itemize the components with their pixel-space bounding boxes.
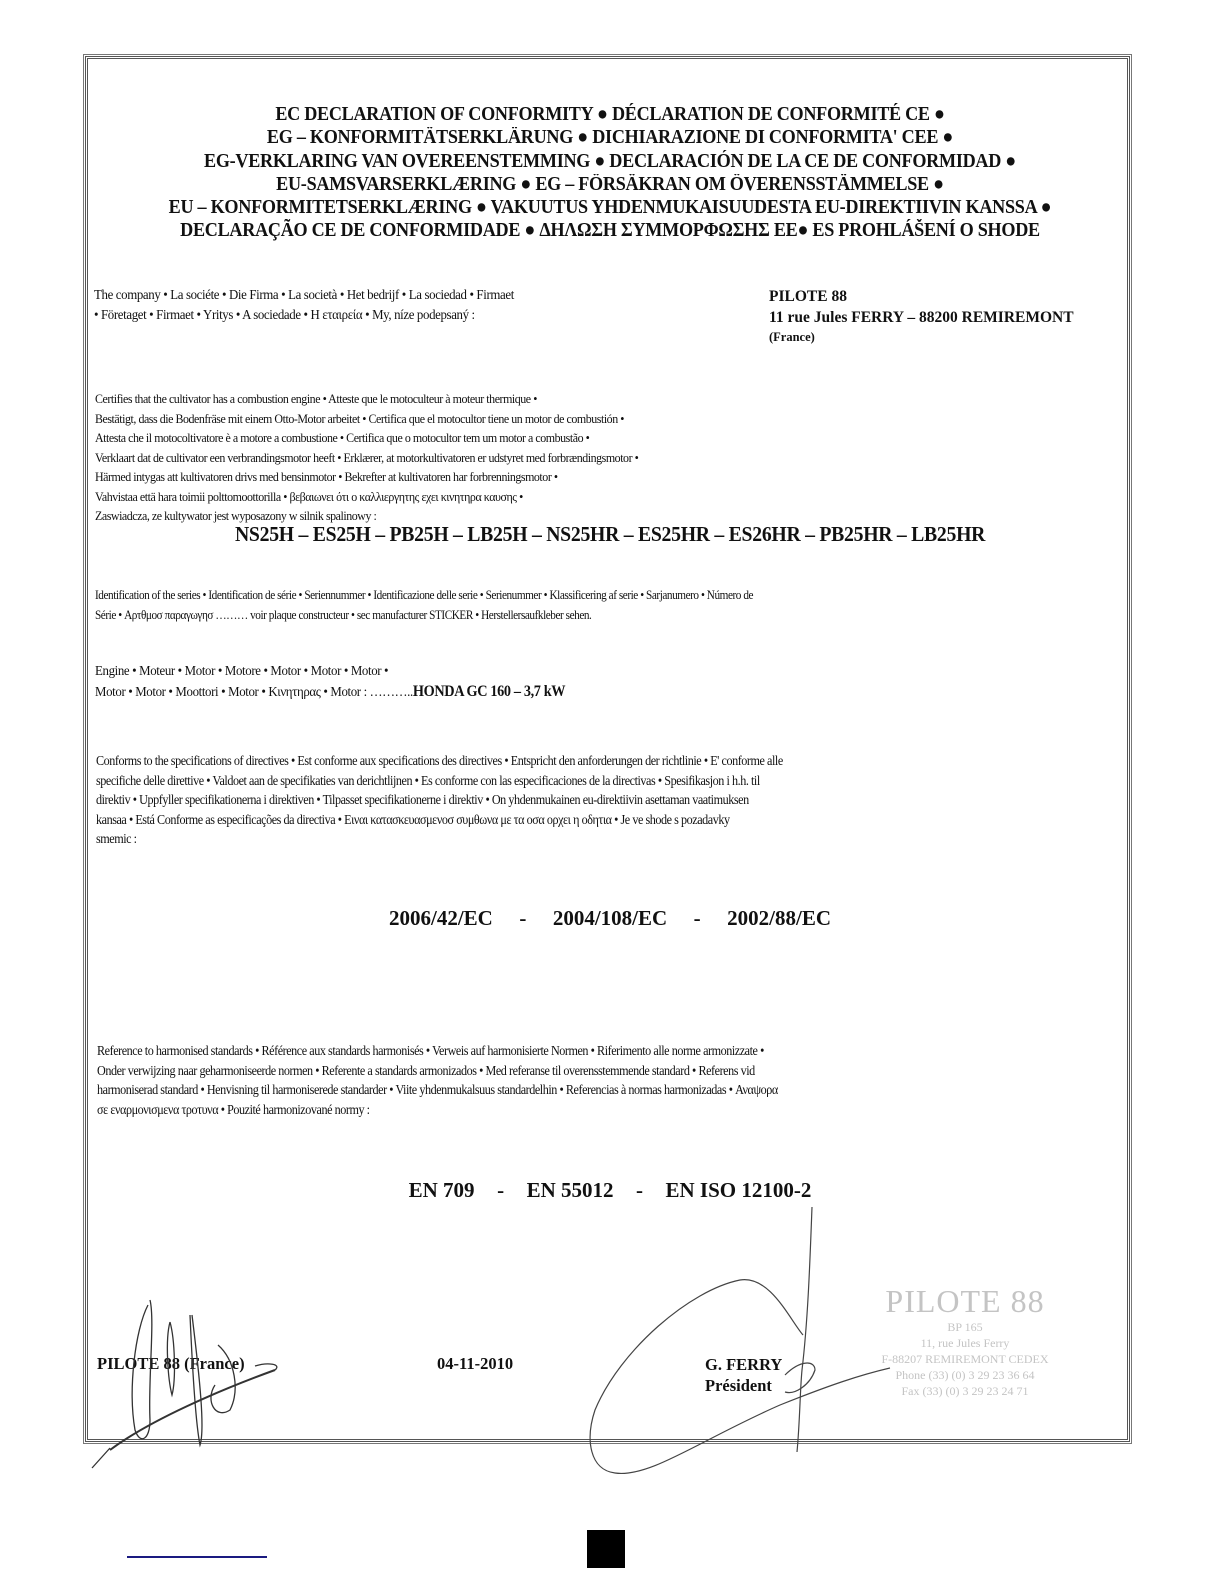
stamp-name: PILOTE 88 (855, 1283, 1075, 1319)
signature-company: PILOTE 88 (France) (97, 1354, 245, 1374)
directive-list: 2006/42/EC-2004/108/EC-2002/88/EC (90, 906, 1130, 931)
company-label-line: • Företaget • Firmaet • Yritys • A socie… (94, 306, 514, 326)
signer-block: G. FERRY Président (705, 1354, 782, 1396)
separator: - (493, 906, 553, 931)
reference-paragraph: Reference to harmonised standards • Réfé… (97, 1041, 778, 1119)
certifies-line: Verklaart dat de cultivator een verbrand… (95, 448, 638, 468)
stamp-line: Fax (33) (0) 3 29 23 24 71 (855, 1383, 1075, 1399)
reference-line: Onder verwijzing naar geharmoniseerde no… (97, 1061, 778, 1081)
model-list: NS25H – ES25H – PB25H – LB25H – NS25HR –… (90, 522, 1130, 547)
model-list-text: NS25H – ES25H – PB25H – LB25H – NS25HR –… (235, 522, 985, 547)
title-line: EG – KONFORMITÄTSERKLÄRUNG ● DICHIARAZIO… (126, 126, 1093, 149)
reference-line: σε εναρμονισμενα τροτυνα • Pouzité harmo… (97, 1100, 778, 1120)
engine-line: Engine • Moteur • Motor • Motore • Motor… (95, 662, 565, 682)
conforms-line: smemic : (96, 829, 783, 849)
reference-line: harmoniserad standard • Henvisning til h… (97, 1080, 778, 1100)
standard: EN ISO 12100-2 (666, 1178, 812, 1202)
title-line: DECLARAÇÃO CE DE CONFORMIDADE ● ΔΗΛΩΣΗ Σ… (126, 219, 1093, 242)
conforms-paragraph: Conforms to the specifications of direct… (96, 751, 783, 849)
separator: - (475, 1178, 527, 1203)
reference-line: Reference to harmonised standards • Réfé… (97, 1041, 778, 1061)
signer-title: Président (705, 1375, 782, 1396)
certifies-paragraph: Certifies that the cultivator has a comb… (95, 389, 638, 526)
certifies-line: Härmed intygas att kultivatoren drivs me… (95, 467, 638, 487)
engine-line: Motor • Motor • Moottori • Motor • Κινητ… (95, 682, 565, 703)
identification-line: Identification of the series • Identific… (95, 586, 753, 606)
company-block: PILOTE 88 11 rue Jules FERRY – 88200 REM… (769, 286, 1074, 346)
directive: 2002/88/EC (727, 906, 831, 930)
separator: - (667, 906, 727, 931)
identification-paragraph: Identification of the series • Identific… (95, 586, 753, 625)
title-line: EU-SAMSVARSERKLÆRING ● EG – FÖRSÄKRAN OM… (126, 173, 1093, 196)
title-line: EG-VERKLARING VAN OVEREENSTEMMING ● DECL… (126, 150, 1093, 173)
engine-label: Motor • Motor • Moottori • Motor • Κινητ… (95, 685, 413, 700)
stamp-line: F-88207 REMIREMONT CEDEX (855, 1351, 1075, 1367)
company-label: The company • La sociéte • Die Firma • L… (94, 286, 514, 325)
page-marker (587, 1530, 625, 1568)
directive: 2004/108/EC (553, 906, 667, 930)
company-stamp: PILOTE 88 BP 165 11, rue Jules Ferry F-8… (855, 1283, 1075, 1399)
company-name: PILOTE 88 (769, 286, 1074, 307)
signature-date: 04-11-2010 (437, 1354, 513, 1374)
title-line: EC DECLARATION OF CONFORMITY ● DÉCLARATI… (126, 103, 1093, 126)
company-label-line: The company • La sociéte • Die Firma • L… (94, 286, 514, 306)
stamp-line: BP 165 (855, 1319, 1075, 1335)
engine-paragraph: Engine • Moteur • Motor • Motore • Motor… (95, 662, 565, 702)
company-address: 11 rue Jules FERRY – 88200 REMIREMONT (769, 307, 1074, 328)
engine-value: HONDA GC 160 – 3,7 kW (413, 683, 565, 700)
conforms-line: Conforms to the specifications of direct… (96, 751, 783, 771)
standard: EN 55012 (527, 1178, 614, 1202)
title-line: EU – KONFORMITETSERKLÆRING ● VAKUUTUS YH… (126, 196, 1093, 219)
stamp-line: Phone (33) (0) 3 29 23 36 64 (855, 1367, 1075, 1383)
certifies-line: Bestätigt, dass die Bodenfräse mit einem… (95, 409, 638, 429)
certifies-line: Vahvistaa että hara toimii polttomoottor… (95, 487, 638, 507)
company-country: (France) (769, 328, 1074, 346)
certifies-line: Certifies that the cultivator has a comb… (95, 389, 638, 409)
conforms-line: specifiche delle direttive • Valdoet aan… (96, 771, 783, 791)
standard: EN 709 (409, 1178, 475, 1202)
directive: 2006/42/EC (389, 906, 493, 930)
conforms-line: direktiv • Uppfyller specifikationerna i… (96, 790, 783, 810)
footer-link-underline[interactable] (127, 1556, 267, 1558)
separator: - (614, 1178, 666, 1203)
declaration-titles: EC DECLARATION OF CONFORMITY ● DÉCLARATI… (90, 103, 1130, 243)
identification-line: Série • Αρτθμοσ παραγωγησ ……… voir plaqu… (95, 606, 753, 626)
certifies-line: Attesta che il motocoltivatore è a motor… (95, 428, 638, 448)
standards-list: EN 709-EN 55012-EN ISO 12100-2 (90, 1178, 1130, 1203)
signer-name: G. FERRY (705, 1354, 782, 1375)
document-frame (85, 56, 1130, 1442)
stamp-line: 11, rue Jules Ferry (855, 1335, 1075, 1351)
conforms-line: kansaa • Está Conforme as especificações… (96, 810, 783, 830)
